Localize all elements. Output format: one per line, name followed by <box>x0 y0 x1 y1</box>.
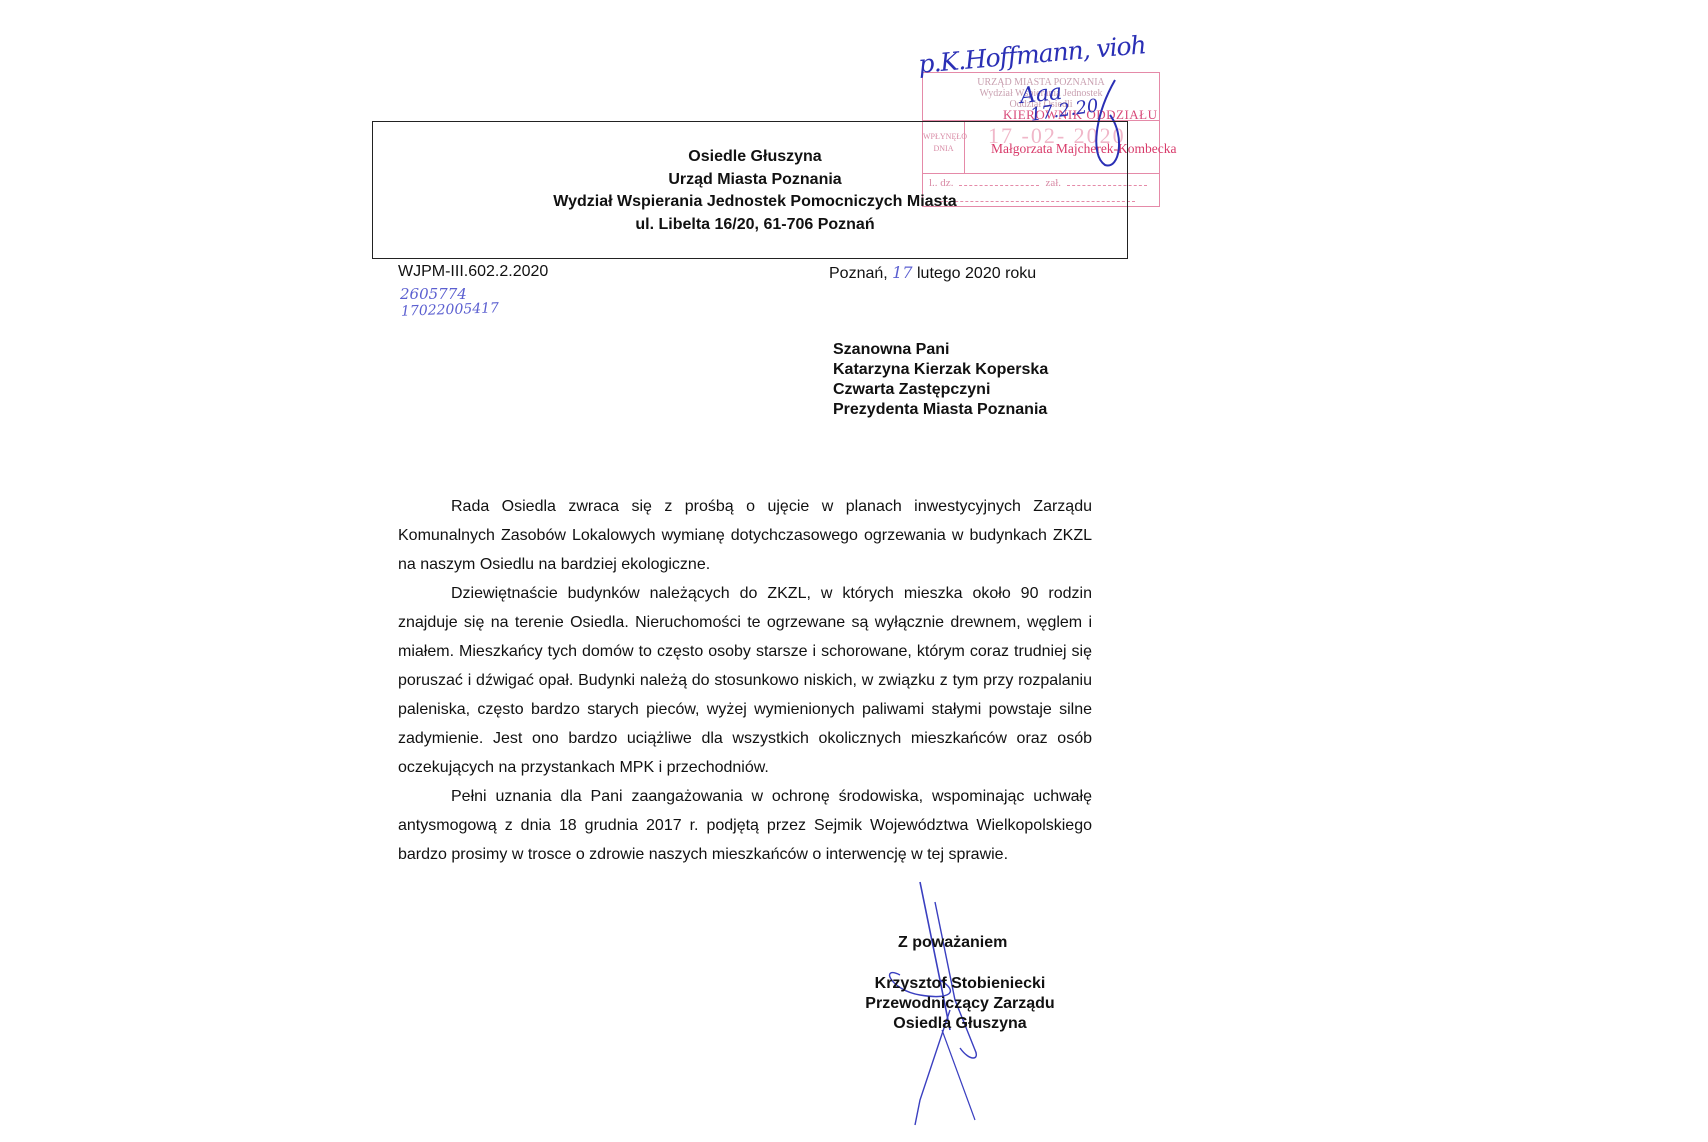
letterhead: Osiedle Głuszyna Urząd Miasta Poznania W… <box>372 146 1128 236</box>
closing-salutation: Z poważaniem <box>898 934 1007 952</box>
recipient-office: Prezydenta Miasta Poznania <box>833 400 1048 420</box>
body-paragraph: Rada Osiedla zwraca się z prośbą o ujęci… <box>398 492 1092 579</box>
letter-body: Rada Osiedla zwraca się z prośbą o ujęci… <box>398 492 1092 869</box>
signatory-organization: Osiedla Głuszyna <box>855 1014 1065 1034</box>
recipient-address: Szanowna Pani Katarzyna Kierzak Koperska… <box>833 340 1048 420</box>
signatory-title: Przewodniczący Zarządu <box>855 994 1065 1014</box>
date-text: lutego 2020 roku <box>917 265 1036 282</box>
handwritten-registry-number: 17022005417 <box>401 300 499 319</box>
recipient-salutation: Szanowna Pani <box>833 340 1048 360</box>
letterhead-organization: Osiedle Głuszyna <box>372 146 1128 169</box>
body-paragraph: Pełni uznania dla Pani zaangażowania w o… <box>398 782 1092 869</box>
recipient-name: Katarzyna Kierzak Koperska <box>833 360 1048 380</box>
reference-number: WJPM-III.602.2.2020 <box>398 263 548 281</box>
letterhead-office: Urząd Miasta Poznania <box>372 169 1128 192</box>
place-label: Poznań, <box>829 265 888 282</box>
place-and-date: Poznań, 17 lutego 2020 roku <box>829 263 1036 283</box>
body-paragraph: Dziewiętnaście budynków należących do ZK… <box>398 579 1092 782</box>
signature-block: Krzysztof Stobieniecki Przewodniczący Za… <box>855 974 1065 1034</box>
letterhead-address: ul. Libelta 16/20, 61-706 Poznań <box>372 214 1128 237</box>
handwritten-day: 17 <box>892 263 912 282</box>
letterhead-department: Wydział Wspierania Jednostek Pomocniczyc… <box>372 191 1128 214</box>
handwritten-case-number: 2605774 <box>400 285 467 303</box>
signatory-name: Krzysztof Stobieniecki <box>855 974 1065 994</box>
recipient-title: Czwarta Zastępczyni <box>833 380 1048 400</box>
